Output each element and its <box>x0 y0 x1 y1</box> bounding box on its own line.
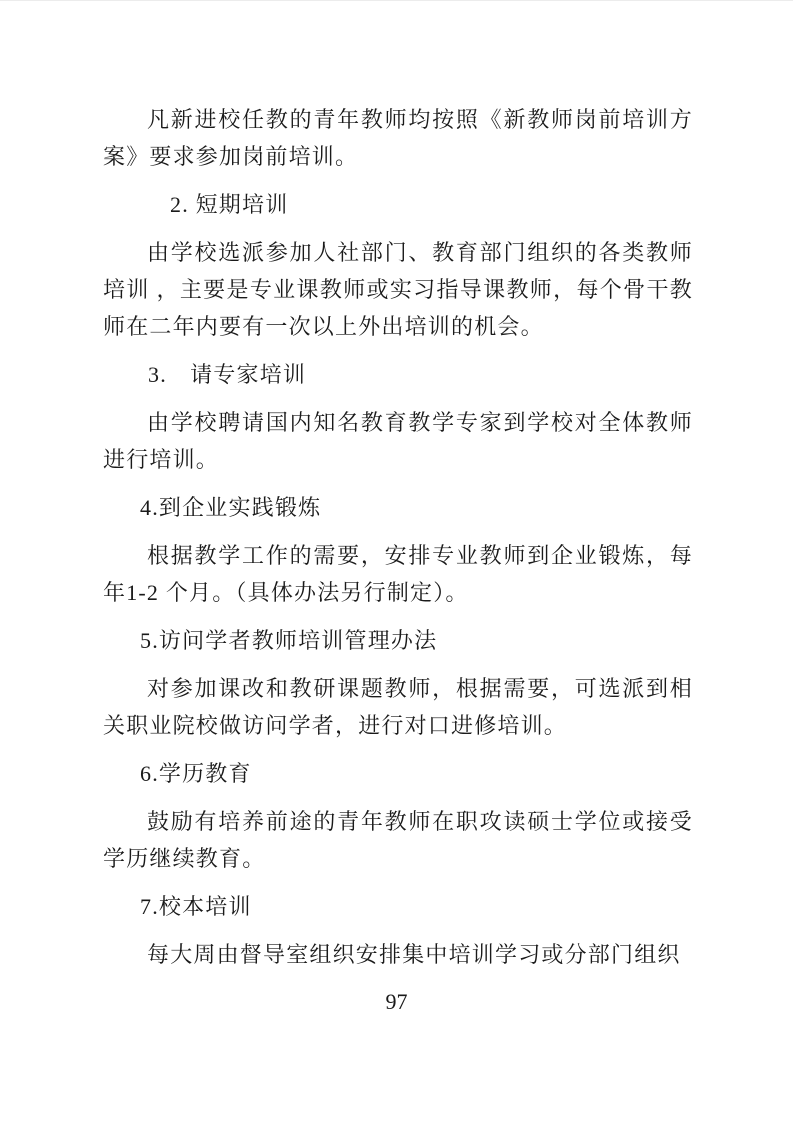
paragraph-degree-education: 鼓励有培养前途的青年教师在职攻读硕士学位或接受学历继续教育。 <box>103 803 693 877</box>
paragraph-enterprise-practice: 根据教学工作的需要，安排专业教师到企业锻炼，每年1-2 个月。（具体办法另行制定… <box>103 537 693 611</box>
heading-degree-education: 6.学历教育 <box>103 755 693 792</box>
document-body: 凡新进校任教的青年教师均按照《新教师岗前培训方案》要求参加岗前培训。 2. 短期… <box>103 101 693 984</box>
document-page: 凡新进校任教的青年教师均按照《新教师岗前培训方案》要求参加岗前培训。 2. 短期… <box>0 0 793 1123</box>
heading-visiting-scholar: 5.访问学者教师培训管理办法 <box>103 622 693 659</box>
paragraph-expert-training: 由学校聘请国内知名教育教学专家到学校对全体教师进行培训。 <box>103 404 693 478</box>
heading-enterprise-practice: 4.到企业实践锻炼 <box>103 489 693 526</box>
heading-school-based-training: 7.校本培训 <box>103 888 693 925</box>
paragraph-pre-job-training: 凡新进校任教的青年教师均按照《新教师岗前培训方案》要求参加岗前培训。 <box>103 101 693 175</box>
paragraph-short-term-training: 由学校选派参加人社部门、教育部门组织的各类教师培训 ，主要是专业课教师或实习指导… <box>103 234 693 345</box>
heading-expert-training: 3. 请专家培训 <box>103 356 693 393</box>
paragraph-school-based-training: 每大周由督导室组织安排集中培训学习或分部门组织 <box>103 936 693 973</box>
page-number: 97 <box>0 983 793 1020</box>
heading-short-term-training: 2. 短期培训 <box>103 186 693 223</box>
paragraph-visiting-scholar: 对参加课改和教研课题教师，根据需要，可选派到相关职业院校做访问学者，进行对口进修… <box>103 670 693 744</box>
